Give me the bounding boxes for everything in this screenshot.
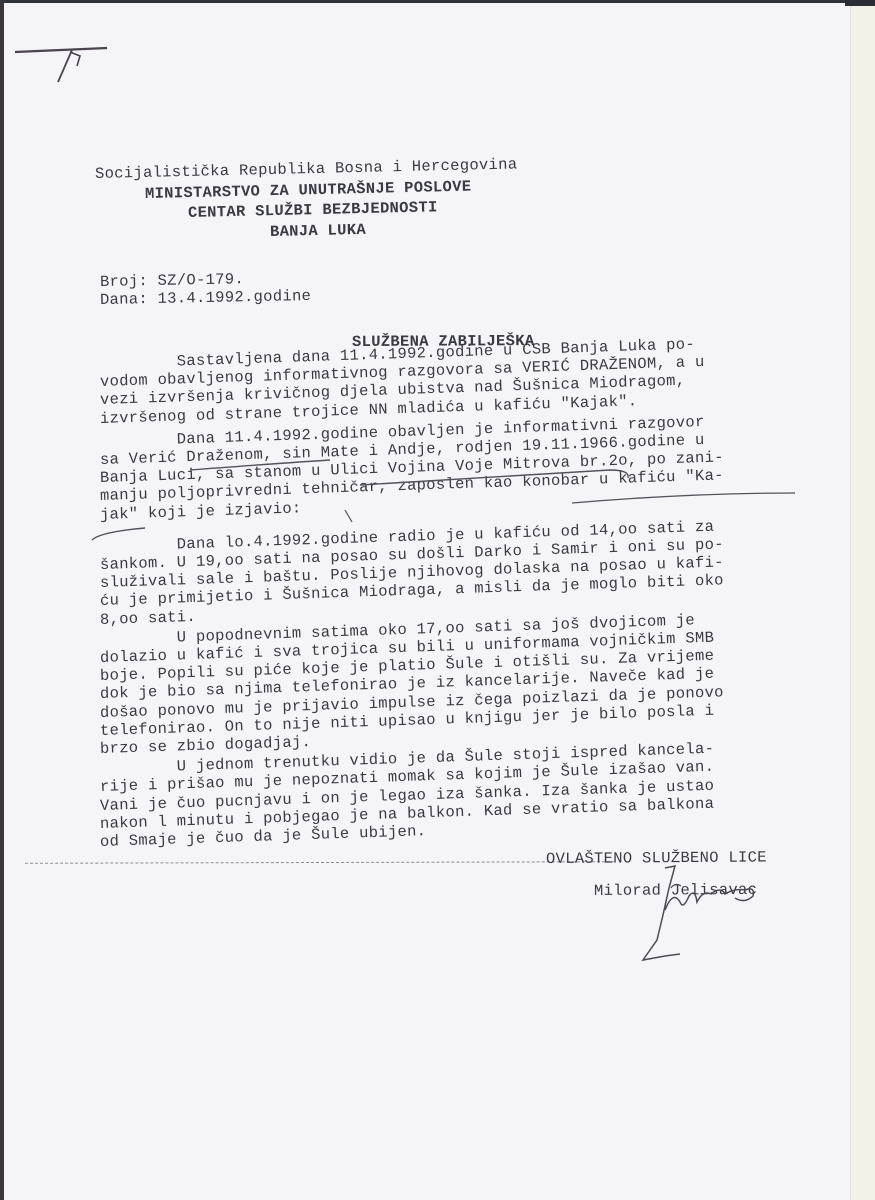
body-line: 8,oo sati. — [100, 607, 197, 628]
header-city: BANJA LUKA — [270, 221, 366, 241]
scan-edge-right — [850, 0, 875, 1200]
handwritten-signature-icon — [625, 860, 775, 970]
scan-edge-left — [0, 0, 4, 1200]
scan-corner — [845, 0, 875, 6]
handwritten-corner-mark-icon — [0, 0, 120, 90]
